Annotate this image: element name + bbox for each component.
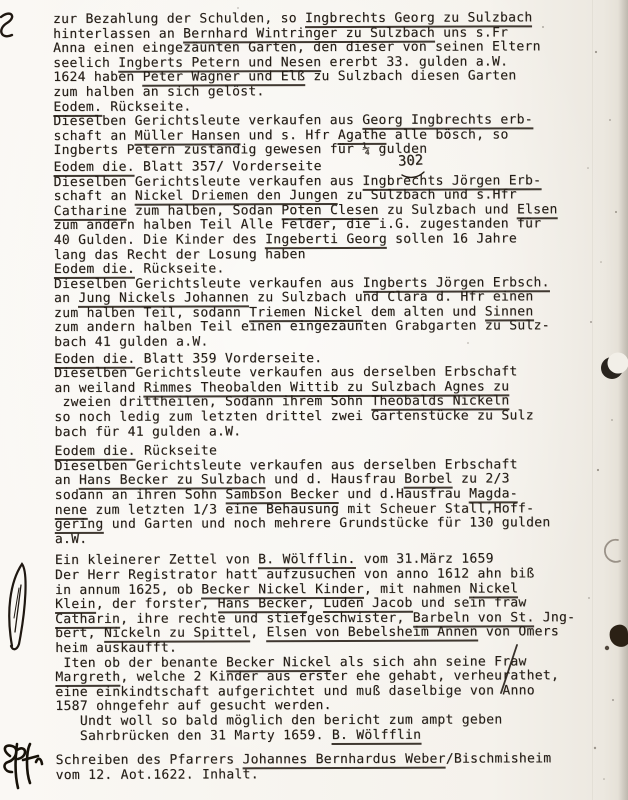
text-segment: an [55, 473, 79, 488]
text-segment: zum halben, Sodan [127, 203, 281, 219]
text-segment: eine einkindtschaft aufgerichtet und muß… [55, 683, 535, 700]
text-segment: a.W. [55, 532, 88, 547]
text-line: bach für 41 gulden a.W. [54, 424, 614, 441]
text-segment: schaft an [54, 189, 135, 204]
text-segment: so noch ledig zum letzten drittel zwei G… [54, 408, 534, 425]
text-segment: , ihre rechte und stiefgeschwister, [120, 610, 413, 626]
typewritten-document: zur Bezahlung der Schulden, so Ingbrecht… [53, 11, 616, 783]
text-segment: uns s.Fr [435, 25, 508, 40]
text-segment: Sahrbrücken den 31 Marty 1659. [80, 728, 332, 744]
text-segment: und s. Hfr [240, 128, 338, 143]
text-segment: seelich [53, 56, 118, 71]
text-segment: /Bischmisheim [446, 751, 552, 766]
underlined-text: B. Wölfflin [332, 727, 421, 744]
text-segment: Jng- [535, 610, 576, 625]
text-line: bert, Nickeln zu Spittel, Elsen von Bebe… [55, 625, 615, 642]
text-segment: an [54, 291, 78, 306]
text-segment: und sein fraw [413, 596, 527, 611]
text-line: a.W. [55, 531, 615, 548]
text-line: so noch ledig zum letzten drittel zwei G… [54, 409, 614, 426]
text-line: eine einkindtschaft aufgerichtet und muß… [55, 684, 615, 701]
text-segment: in annum 1625, ob [55, 582, 201, 598]
underlined-text: Johannes Bernhardus Weber [243, 752, 446, 770]
text-segment: Iten ob der benante [63, 655, 226, 671]
text-segment: zur Bezahlung der Schulden, so [53, 11, 305, 27]
text-segment: zweien drittheilen, Sodann ihrem Sohn [62, 394, 371, 410]
text-segment: zum halben Teil, sodann [54, 305, 249, 321]
text-segment: zu Sulzbach und [379, 202, 517, 217]
text-segment: vom 31.März 1659 [356, 552, 494, 567]
text-segment: alle bösch, so [387, 127, 509, 142]
text-segment: Ein kleinerer Zettel von [55, 553, 258, 569]
text-segment: an weiland [54, 381, 143, 396]
text-line: Schreiben des Pfarrers Johannes Bernhard… [56, 752, 616, 769]
text-segment: 1624 haben [53, 70, 142, 85]
text-segment: ererbt 33. gulden a.W. [321, 54, 508, 70]
text-line: Sahrbrücken den 31 Marty 1659. B. Wölffl… [56, 728, 616, 745]
flourish-top-left-mark [1, 14, 12, 37]
text-segment: Ingberts Petern zuständig gewesen für ¼ … [53, 142, 427, 158]
text-segment: zum andern halben Teil einen eingezäunte… [54, 319, 550, 336]
text-segment: Schreiben des Pfarrers [56, 752, 243, 768]
text-segment: 1587 ohngefehr auf gesucht werden. [55, 698, 331, 714]
text-segment: hinterlassen an [53, 26, 183, 41]
text-segment: 40 Gulden. Die Kinder des [54, 232, 265, 248]
text-segment: , der forster, [96, 597, 218, 612]
text-segment: vom 12. Aot.1622. Inhalt. [56, 767, 259, 783]
text-segment: bach für 41 gulden a.W. [54, 424, 241, 440]
underlined-text: Elsen von Bebelsheim Annen [266, 625, 477, 643]
text-segment: von Omers [478, 625, 559, 640]
text-segment: Undt woll so bald möglich den bericht zu… [80, 712, 503, 728]
text-segment: und d.Hausfrau [339, 487, 469, 502]
scanned-document-page: zur Bezahlung der Schulden, so Ingbrecht… [0, 0, 628, 800]
text-line: zum andern halben Teil einen eingezäunte… [54, 320, 614, 337]
text-segment: zu Sulzbach diesen Garten [305, 69, 516, 85]
text-segment: Rückseite. [102, 99, 191, 114]
text-segment: zu Sulzbach und Clara d. Hfr einen [249, 290, 533, 306]
text-segment: , [250, 626, 266, 641]
text-segment: und d. Hausfrau [266, 472, 404, 487]
text-segment: heim auskaufft. [55, 641, 177, 656]
text-line: Ingberts Petern zuständig gewesen für ¼ … [53, 142, 613, 159]
text-segment: lang das Recht der Losung haben [54, 247, 306, 263]
text-segment: zum halben an sich gelöst. [53, 84, 264, 100]
text-segment: , [307, 596, 323, 611]
text-segment: schaft an [53, 128, 134, 143]
text-line: gering und Garten und noch mehrere Grund… [55, 516, 615, 533]
text-line: vom 12. Aot.1622. Inhalt. [56, 767, 616, 784]
text-segment: zu 2/3 [453, 472, 510, 487]
text-segment: Dieselben Gerichtsleute verkaufen aus [53, 113, 362, 129]
text-segment: Rückseite. [135, 261, 224, 276]
text-line: bach 41 gulden a.W. [54, 334, 614, 351]
text-segment: und Garten und noch mehrere Grundstücke … [104, 515, 551, 532]
text-segment: als sich ahn seine Fraw [332, 654, 527, 670]
pen-stroke-left-margin-mark [9, 564, 25, 649]
text-segment: Rückseite [136, 444, 217, 459]
text-segment: sodann an ihren Sohn [55, 487, 226, 503]
monogram-bottom-left-mark [5, 744, 42, 788]
text-segment: sollen 16 Jahre [387, 231, 517, 246]
text-segment: Dieselben Gerichtsleute verkaufen aus [54, 173, 363, 189]
handwritten-page-number: 302 [398, 152, 424, 169]
text-segment: Blatt 357/ Vorderseite [135, 159, 322, 175]
text-segment: zu Sulzbach und s.Hfr [338, 188, 517, 204]
text-segment: Dieselben Gerichtsleute verkaufen aus [54, 276, 363, 292]
text-segment: bert, [55, 626, 104, 641]
text-segment: dem alten und [363, 304, 485, 319]
text-segment: Blatt 359 Vorderseite. [135, 351, 322, 367]
scan-edge-shadow [618, 0, 628, 800]
text-segment: bach 41 gulden a.W. [54, 335, 208, 351]
text-segment: , mit nahmen [364, 581, 470, 596]
